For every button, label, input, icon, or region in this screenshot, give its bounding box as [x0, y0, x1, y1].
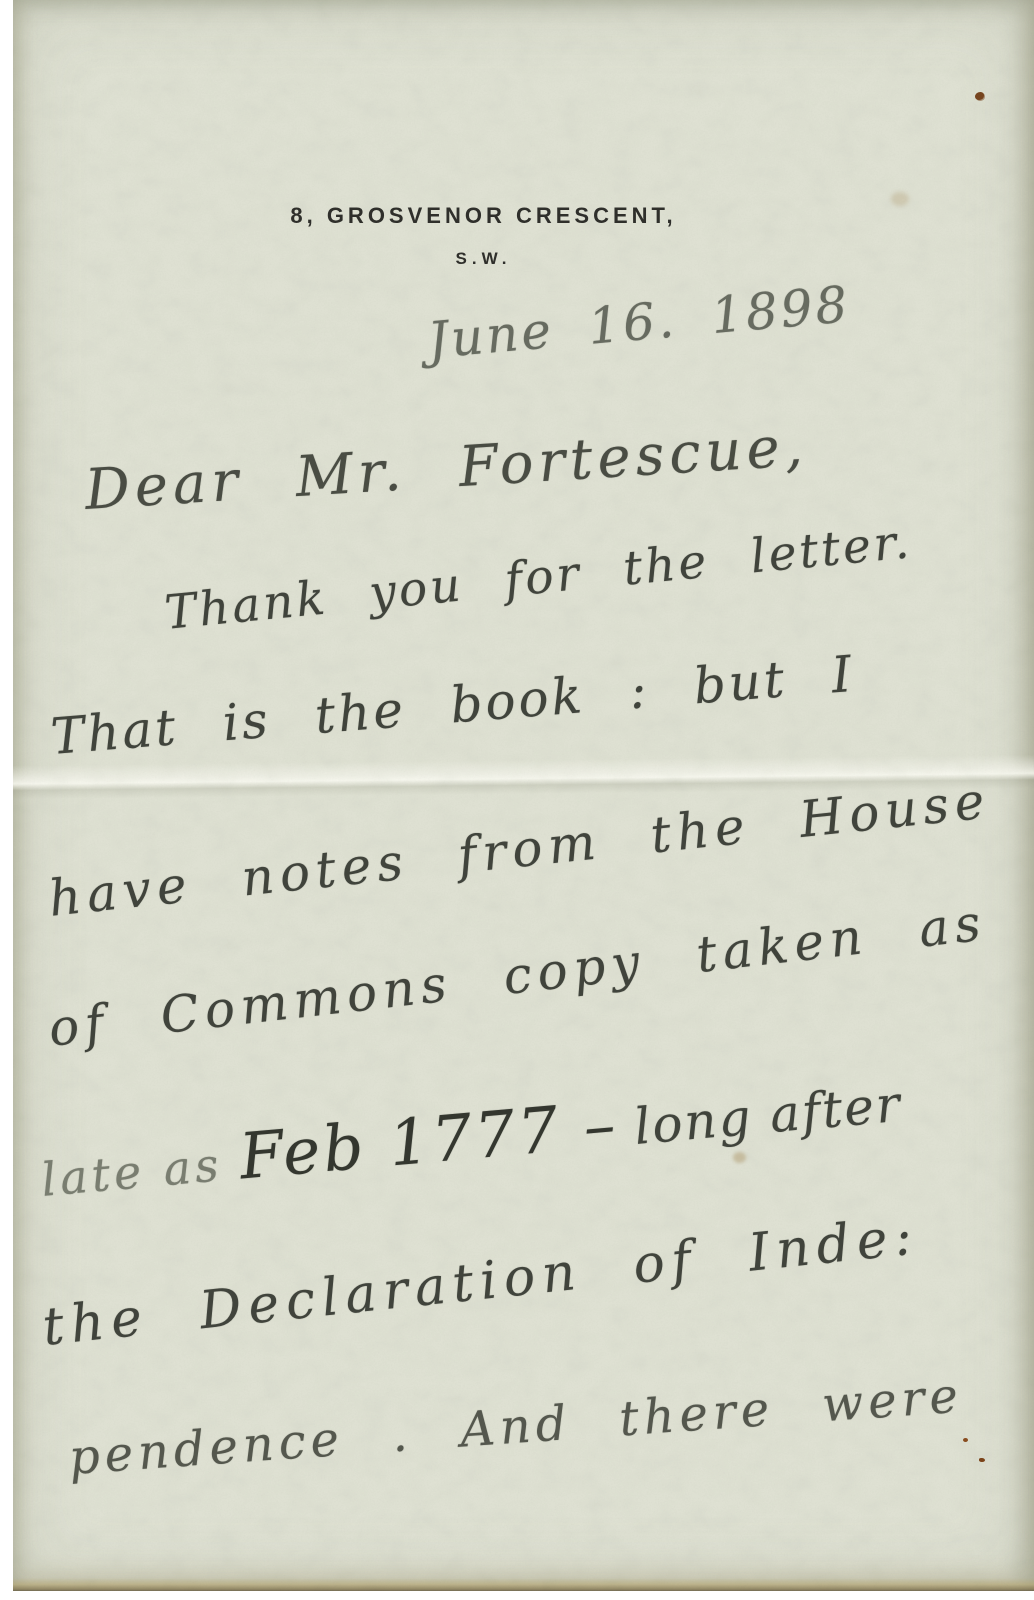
- body-line-5: late asFeb 1777 –long after: [38, 1063, 904, 1211]
- salutation-line: Dear Mr. Fortescue,: [83, 414, 809, 523]
- body-line-7: pendence . And there were: [67, 1368, 965, 1486]
- faint-stain-middle: [733, 1152, 746, 1163]
- letterhead-address: 8, GROSVENOR CRESCENT,: [0, 203, 994, 229]
- rust-spot: [975, 92, 984, 100]
- ink-fleck: [979, 1458, 985, 1462]
- paper-bottom-edge: [13, 1578, 1034, 1591]
- body-line-5-lead: late as: [39, 1137, 225, 1207]
- letter-page: 8, GROSVENOR CRESCENT, S.W. June 16. 189…: [13, 0, 1034, 1591]
- body-line-4: of Commons copy taken as: [46, 893, 990, 1057]
- body-line-3: have notes from the House: [46, 771, 993, 928]
- body-line-5-tail: long after: [632, 1075, 904, 1156]
- body-line-6: the Declaration of Inde:: [40, 1206, 922, 1358]
- body-line-5-date-emphasis: Feb 1777 –: [237, 1088, 622, 1194]
- body-line-1: Thank you for the letter.: [162, 514, 914, 641]
- letterhead-district: S.W.: [0, 249, 994, 269]
- body-line-2: That is the book : but I: [49, 645, 857, 766]
- ink-fleck: [963, 1438, 968, 1442]
- faint-stain-top: [891, 192, 909, 206]
- handwritten-date: June 16. 1898: [425, 275, 852, 370]
